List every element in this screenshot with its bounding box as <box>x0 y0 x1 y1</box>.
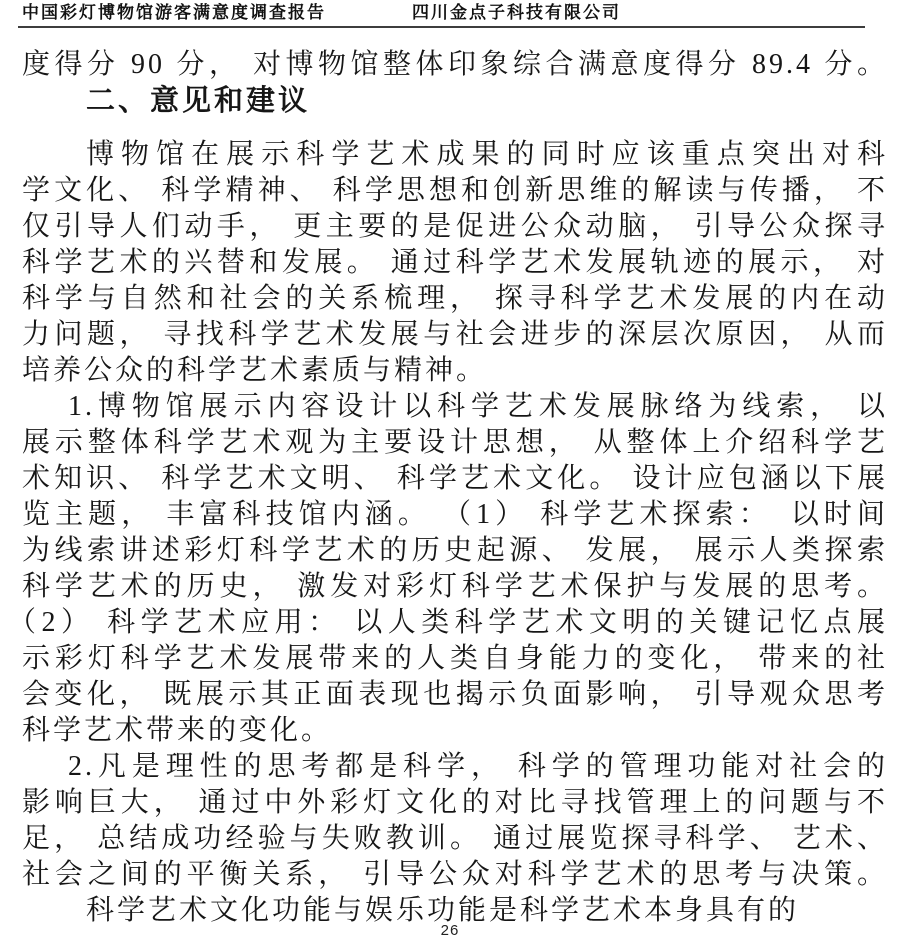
text-line: 会变化， 既展示其正面表现也揭示负面影响， 引导观众思考 <box>22 677 888 713</box>
text-line: 科学与自然和社会的关系梳理， 探寻科学艺术发展的内在动 <box>22 281 888 317</box>
text-line: 示彩灯科学艺术发展带来的人类自身能力的变化， 带来的社 <box>22 641 888 677</box>
text-line: 为线索讲述彩灯科学艺术的历史起源、 发展， 展示人类探索 <box>22 533 888 569</box>
page-header: 中国彩灯博物馆游客满意度调查报告 四川金点子科技有限公司 <box>0 0 900 23</box>
text-line: 力问题， 寻找科学艺术发展与社会进步的深层次原因， 从而 <box>22 317 888 353</box>
text-line: 科学艺术的兴替和发展。 通过科学艺术发展轨迹的展示， 对 <box>22 245 888 281</box>
text-line: 度得分 90 分， 对博物馆整体印象综合满意度得分 89.4 分。 <box>22 47 888 83</box>
text-line: 培养公众的科学艺术素质与精神。 <box>22 353 888 389</box>
header-divider <box>18 26 865 28</box>
text-line: 博物馆在展示科学艺术成果的同时应该重点突出对科 <box>22 137 888 173</box>
text-line: 2.凡是理性的思考都是科学， 科学的管理功能对社会的 <box>22 749 888 785</box>
header-report-title: 中国彩灯博物馆游客满意度调查报告 <box>22 3 326 23</box>
text-line: 览主题， 丰富科技馆内涵。 （1） 科学艺术探索： 以时间 <box>22 497 888 533</box>
text-line: （2） 科学艺术应用： 以人类科学艺术文明的关键记忆点展 <box>8 605 888 641</box>
text-line: 展示整体科学艺术观为主要设计思想， 从整体上介绍科学艺 <box>22 425 888 461</box>
text-line: 影响巨大， 通过中外彩灯文化的对比寻找管理上的问题与不 <box>22 785 888 821</box>
text-line: 科学艺术带来的变化。 <box>22 713 888 749</box>
page-number: 26 <box>0 922 900 939</box>
text-line: 1.博物馆展示内容设计以科学艺术发展脉络为线索， 以 <box>22 389 888 425</box>
text-line: 术知识、 科学艺术文明、 科学艺术文化。 设计应包涵以下展 <box>22 461 888 497</box>
document-body: 度得分 90 分， 对博物馆整体印象综合满意度得分 89.4 分。二、意见和建议… <box>22 47 888 929</box>
header-company-name: 四川金点子科技有限公司 <box>412 3 621 23</box>
text-line: 社会之间的平衡关系， 引导公众对科学艺术的思考与决策。 <box>22 857 888 893</box>
section-heading: 二、意见和建议 <box>22 83 888 119</box>
document-page: 中国彩灯博物馆游客满意度调查报告 四川金点子科技有限公司 度得分 90 分， 对… <box>0 0 900 948</box>
text-line: 足， 总结成功经验与失败教训。 通过展览探寻科学、 艺术、 <box>22 821 888 857</box>
text-line: 科学艺术的历史， 激发对彩灯科学艺术保护与发展的思考。 <box>22 569 888 605</box>
text-line: 仅引导人们动手， 更主要的是促进公众动脑， 引导公众探寻 <box>22 209 888 245</box>
text-line: 学文化、 科学精神、 科学思想和创新思维的解读与传播， 不 <box>22 173 888 209</box>
